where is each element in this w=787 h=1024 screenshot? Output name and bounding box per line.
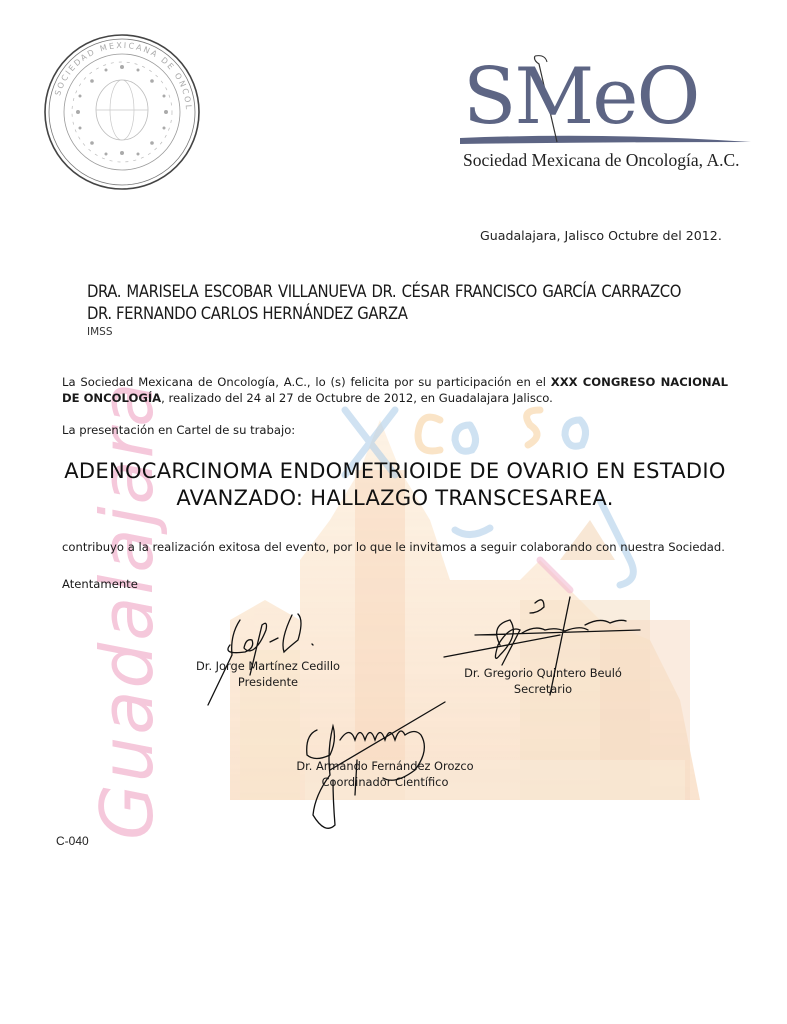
svg-text:Guadalajara: Guadalajara: [85, 381, 169, 840]
signature-secretary: [440, 595, 640, 700]
congrats-prefix: La Sociedad Mexicana de Oncología, A.C.,…: [62, 375, 551, 389]
document-code: C-040: [56, 834, 89, 848]
logo-subtitle: Sociedad Mexicana de Oncología, A.C.: [463, 150, 740, 171]
work-title: ADENOCARCINOMA ENDOMETRIOIDE DE OVARIO E…: [62, 458, 728, 512]
work-title-line-1: ADENOCARCINOMA ENDOMETRIOIDE DE OVARIO E…: [62, 458, 728, 485]
society-seal-icon: SOCIEDAD MEXICANA DE ONCOLOGIA: [42, 32, 202, 192]
place-date: Guadalajara, Jalisco Octubre del 2012.: [480, 228, 722, 243]
logo-letters: SMeO: [463, 52, 698, 142]
congrats-suffix: , realizado del 24 al 27 de Octubre de 2…: [161, 391, 553, 405]
congratulations-paragraph: La Sociedad Mexicana de Oncología, A.C.,…: [62, 374, 728, 406]
signature-scientific-coordinator: [295, 700, 455, 840]
salutation: Atentamente: [62, 576, 728, 592]
signature-president: [200, 600, 340, 710]
recipients-names: DRA. MARISELA ESCOBAR VILLANUEVA DR. CÉS…: [87, 281, 681, 325]
recipients-institution: IMSS: [87, 326, 113, 338]
guadalajara-watermark: Guadalajara: [85, 381, 169, 840]
presentation-intro: La presentación en Cartel de su trabajo:: [62, 422, 728, 438]
smeo-logo: SMeO Sociedad Mexicana de Oncología, A.C…: [455, 52, 755, 187]
svg-text:SOCIEDAD MEXICANA DE ONCOLOGIA: SOCIEDAD MEXICANA DE ONCOLOGIA: [42, 32, 193, 111]
work-title-line-2: AVANZADO: HALLAZGO TRANSCESAREA.: [62, 485, 728, 512]
closing-paragraph: contribuyo a la realización exitosa del …: [62, 539, 728, 555]
